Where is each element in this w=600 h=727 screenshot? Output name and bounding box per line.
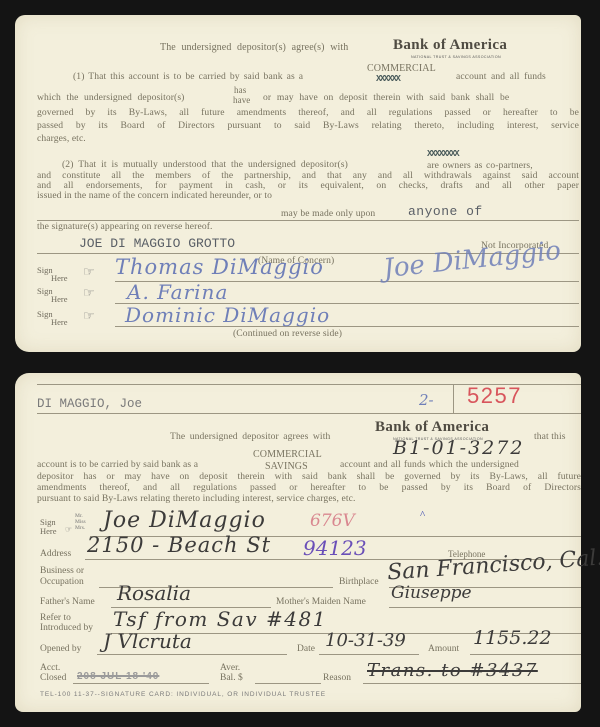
date-line[interactable]	[319, 654, 419, 655]
opened-line[interactable]	[97, 654, 287, 655]
back-intro: The undersigned depositor agrees with	[170, 431, 330, 444]
clause1-line5: charges, etc.	[37, 133, 86, 146]
clause1-line2-end: or may have on deposit therein with said…	[263, 92, 509, 105]
here-label: Here	[40, 527, 57, 536]
closed-label-1: Acct.	[40, 663, 60, 673]
refer-label-2: Introduced by	[40, 623, 93, 633]
amount-line[interactable]	[470, 654, 581, 655]
reason-value: Trans. to #3437	[367, 660, 538, 681]
bank-logo: Bank of America	[375, 419, 489, 436]
signature-card-back: DI MAGGIO, Joe 2- 5257 The undersigned d…	[15, 373, 581, 712]
depositor-signature: Joe DiMaggio	[103, 508, 266, 533]
signature-card-front: The undersigned depositor(s) agree(s) wi…	[15, 15, 581, 352]
pointing-hand-icon: ☞	[83, 285, 95, 301]
opened-value: J Vlcruta	[103, 629, 192, 653]
back-intro-end: that this	[534, 431, 566, 444]
closed-stamp: 208 JUL 18 '40	[77, 671, 159, 682]
caret-mark: ^	[420, 509, 425, 521]
here-label-3: Here	[51, 318, 68, 327]
clause2-line5-mid: may be made only upon	[281, 208, 375, 221]
closed-label-2: Closed	[40, 673, 66, 683]
clause1-line3: governed by its By-Laws, all future amen…	[37, 107, 579, 120]
back-line3: amendments thereof, and all regulations …	[37, 482, 581, 493]
reason-line[interactable]	[363, 683, 581, 684]
father-label: Father's Name	[40, 597, 95, 607]
back-clause-suffix: account and all funds which the undersig…	[340, 459, 519, 472]
aver-label-2: Bal. $	[220, 673, 243, 683]
clause1-suffix: account and all funds	[456, 71, 546, 84]
zip-value: 94123	[303, 536, 367, 560]
here-label-2: Here	[51, 295, 68, 304]
date-value: 10-31-39	[325, 630, 406, 651]
clause1-line4: passed by its Board of Directors pursuan…	[37, 120, 579, 133]
reason-label: Reason	[323, 673, 351, 683]
clause2-line4: issued in the name of the concern indica…	[37, 191, 272, 201]
birthplace-value: San Francisco, Cal.	[386, 545, 600, 585]
form-footer: TEL-100 11-37--SIGNATURE CARD: INDIVIDUA…	[40, 691, 326, 698]
signature-3: Dominic DiMaggio	[125, 303, 330, 327]
concern-name: JOE DI MAGGIO GROTTO	[79, 236, 235, 251]
birthplace-label: Birthplace	[339, 577, 379, 587]
red-annotation: 676V	[310, 511, 355, 531]
signature-2: A. Farina	[127, 280, 228, 304]
have-text: have	[233, 94, 250, 107]
account-type-struck: XXXXXX	[376, 74, 399, 84]
opened-label: Opened by	[40, 644, 81, 654]
intro-text: The undersigned depositor(s) agree(s) wi…	[160, 42, 348, 55]
back-line2: depositor has or may have on deposit the…	[37, 471, 581, 482]
account-number: 5257	[467, 383, 522, 409]
mother-line[interactable]	[389, 607, 581, 608]
back-clause-prefix: account is to be carried by said bank as…	[37, 459, 198, 472]
signature-right: Joe DiMaggio	[382, 236, 562, 284]
back-line4: pursuant to said By-Laws relating theret…	[37, 493, 356, 504]
amount-value: 1155.22	[473, 627, 552, 649]
clause2-line6: the signature(s) appearing on reverse he…	[37, 221, 213, 234]
pointing-hand-icon: ☞	[83, 308, 95, 324]
pointing-hand-icon: ☞	[83, 264, 95, 280]
type-commercial: COMMERCIAL	[253, 449, 322, 462]
header-bottom-line	[37, 413, 581, 414]
father-value: Rosalia	[117, 581, 191, 605]
continued-text: (Continued on reverse side)	[233, 328, 342, 341]
bank-logo: Bank of America	[393, 37, 507, 54]
bank-subline: NATIONAL TRUST & SAVINGS ASSOCIATION	[411, 55, 501, 59]
here-label-1: Here	[51, 274, 68, 283]
authorization-typed-value: anyone of	[408, 204, 483, 219]
clause1-line2-start: which the undersigned depositor(s)	[37, 92, 184, 105]
clause1-prefix: (1) That this account is to be carried b…	[73, 71, 303, 84]
handwritten-account-number: B1-01-3272	[393, 437, 524, 459]
account-prefix: 2-	[419, 391, 434, 409]
pointing-hand-icon: ☞	[65, 525, 72, 534]
business-label-2: Occupation	[40, 577, 84, 588]
date-label: Date	[297, 644, 315, 654]
refer-value: Tsf from Sav #481	[113, 607, 327, 631]
mother-label: Mother's Maiden Name	[276, 597, 366, 607]
amount-label: Amount	[428, 644, 459, 654]
mother-value: Giuseppe	[391, 583, 472, 603]
address-label: Address	[40, 549, 71, 559]
header-divider	[453, 384, 454, 413]
title-mrs: Mrs.	[75, 526, 85, 532]
address-value: 2150 - Beach St	[87, 533, 271, 557]
closed-line[interactable]	[73, 683, 209, 684]
refer-label-1: Refer to	[40, 613, 71, 623]
aver-label-1: Aver.	[220, 663, 240, 673]
clause2-struck: XXXXXXXX	[427, 149, 458, 159]
signature-1: Thomas DiMaggio	[115, 255, 324, 279]
business-label-1: Business or	[40, 566, 84, 577]
depositor-name: DI MAGGIO, Joe	[37, 397, 142, 411]
aver-bal-line[interactable]	[255, 683, 321, 684]
